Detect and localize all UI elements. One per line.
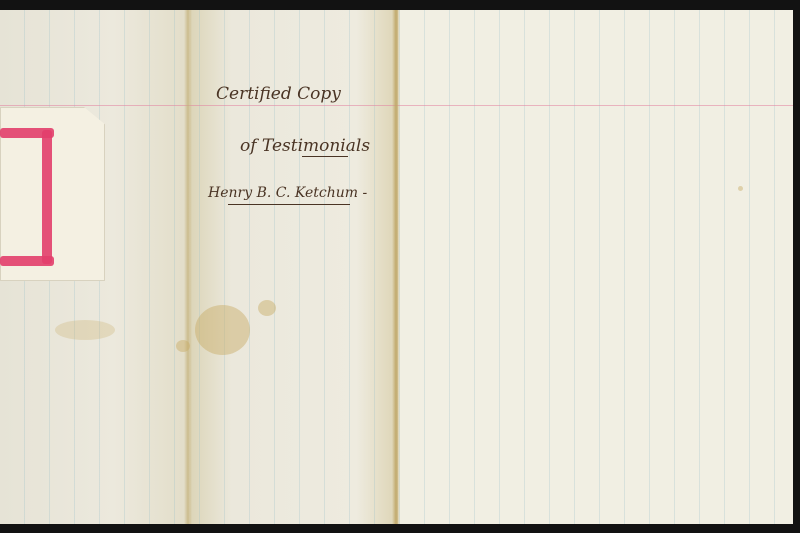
fold-crease <box>392 10 400 524</box>
docket-title: Certified Copy <box>216 84 341 104</box>
water-stain <box>55 320 115 340</box>
fold-crease <box>184 10 192 524</box>
water-stain <box>176 340 190 352</box>
spot <box>738 186 743 191</box>
docket-name: Henry B. C. Ketchum - <box>208 185 367 201</box>
ribbon-side <box>42 130 52 264</box>
underline <box>228 204 350 205</box>
ribbon-bottom <box>0 256 54 266</box>
water-stain <box>195 305 250 355</box>
underline <box>302 156 348 157</box>
document-sheet: Certified Copy of Testimonials Henry B. … <box>0 10 793 524</box>
water-stain <box>258 300 276 316</box>
docket-subtitle: of Testimonials <box>240 136 370 156</box>
